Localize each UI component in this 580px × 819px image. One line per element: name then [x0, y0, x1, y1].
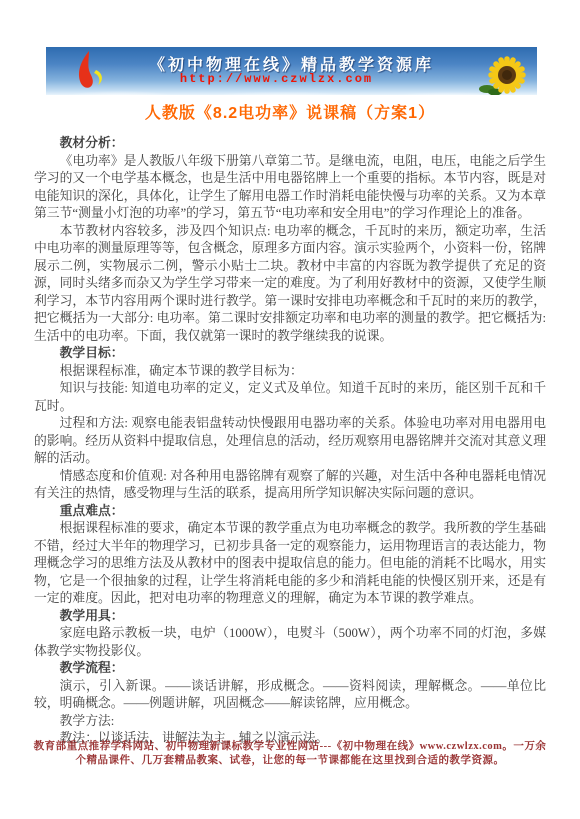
site-url-link[interactable]: http://www.czwlzx.com: [46, 72, 507, 86]
paragraph: 根据课程标准，确定本节课的教学目标为：: [34, 363, 546, 381]
document-page: 《初中物理在线》精品教学资源库 http://www.czwlzx.com: [0, 0, 580, 819]
footer-text: 教育部重点推荐学科网站、初中物理新课标教学专业性网站---《初中物理在线》www…: [30, 740, 550, 767]
paragraph: 演示，引入新课。——谈话讲解，形成概念。——资料阅读，理解概念。——单位比较，明…: [34, 678, 546, 713]
site-banner: 《初中物理在线》精品教学资源库 http://www.czwlzx.com: [46, 47, 537, 95]
section-heading-material-analysis: 教材分析：: [34, 135, 546, 153]
paragraph: 本节教材内容较多，涉及四个知识点: 电功率的概念，千瓦时的来历，额定功率，生活中…: [34, 223, 546, 346]
section-heading-teaching-flow: 教学流程：: [34, 660, 546, 678]
section-heading-teaching-tools: 教学用具：: [34, 608, 546, 626]
paragraph: 过程和方法: 观察电能表铝盘转动快慢跟用电器功率的关系。体验电功率对用电器用电的…: [34, 415, 546, 468]
section-heading-teaching-methods: 教学方法:: [34, 713, 546, 731]
paragraph: 知识与技能: 知道电功率的定义，定义式及单位。知道千瓦时的来历，能区别千瓦和千瓦…: [34, 380, 546, 415]
sunflower-icon: [475, 53, 529, 95]
paragraph: 根据课程标准的要求，确定本节课的教学重点为电功率概念的教学。我所教的学生基础不错…: [34, 520, 546, 608]
section-heading-key-difficulties: 重点难点：: [34, 503, 546, 521]
section-heading-teaching-goals: 教学目标：: [34, 345, 546, 363]
paragraph: 情感态度和价值观: 对各种用电器铭牌有观察了解的兴趣，对生活中各种电器耗电情况有…: [34, 468, 546, 503]
document-body: 教材分析： 《电功率》是人教版八年级下册第八章第二节。是继电流，电阻，电压，电能…: [34, 135, 546, 748]
page-title: 人教版《8.2电功率》说课稿（方案1）: [0, 100, 580, 123]
paragraph: 《电功率》是人教版八年级下册第八章第二节。是继电流，电阻，电压，电能之后学生学习…: [34, 153, 546, 223]
paragraph: 家庭电路示教板一块，电炉（1000W），电熨斗（500W），两个功率不同的灯泡，…: [34, 625, 546, 660]
